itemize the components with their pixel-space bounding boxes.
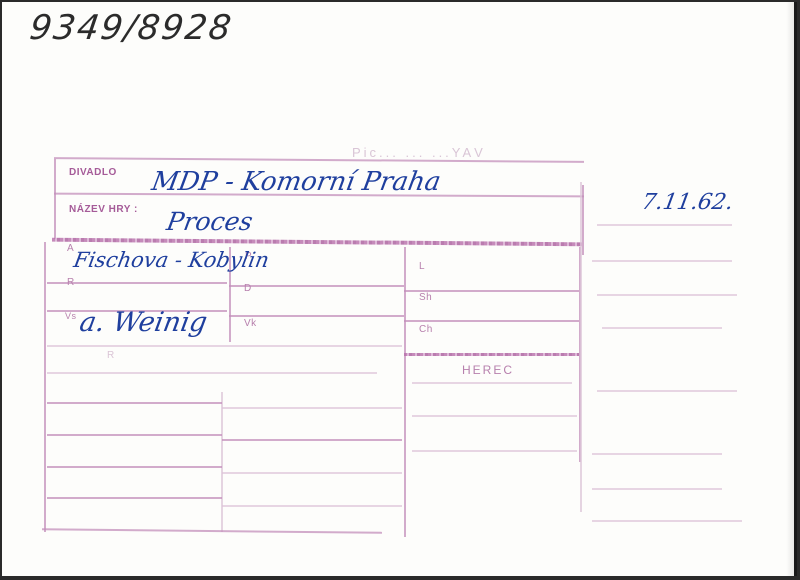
entry-date: 7.11.62. [640, 190, 735, 215]
ghost-row-5 [597, 390, 737, 392]
label-nazev-hry: NÁZEV HRY : [69, 204, 138, 215]
row-divider-title [52, 238, 582, 247]
ghost-row-7 [592, 488, 722, 490]
label-r: R [67, 277, 75, 288]
cast-row-2 [47, 434, 222, 436]
ghost-row-2 [592, 260, 732, 262]
ghost-row-8 [592, 520, 742, 522]
label-l: L [419, 261, 425, 272]
label-role: R [107, 350, 115, 361]
stamp-left-border-lower [44, 242, 46, 532]
ghost-row-4 [602, 327, 722, 329]
stamp-left-border [54, 159, 56, 239]
row-divider-d [229, 315, 404, 317]
entry-divadlo: MDP - Komorní Praha [149, 167, 443, 197]
label-d: D [244, 283, 252, 294]
cast-row-3-mid [222, 472, 402, 474]
label-ch: Ch [419, 324, 433, 335]
row-divider-sh [404, 320, 579, 322]
row-divider-vs [47, 345, 402, 347]
stamp-top-border [54, 157, 584, 162]
cast-row-2-mid [222, 439, 402, 441]
ghost-row-6 [592, 453, 722, 455]
faint-stamp-header: Ріс... ... ...ΥΑV [352, 145, 486, 160]
cast-row-4 [47, 497, 222, 499]
entry-a: Fischova - Kobylin [72, 248, 271, 272]
label-sh: Sh [419, 292, 432, 303]
cast-header-divider-left [47, 372, 377, 374]
label-herec: HEREC [462, 363, 514, 377]
label-a: A [67, 243, 74, 254]
label-vs: Vs [65, 311, 77, 321]
ghost-row-3 [597, 294, 737, 296]
label-divadlo: DIVADLO [69, 167, 117, 178]
ghost-row-1 [597, 224, 732, 226]
edge-shadow [786, 2, 794, 576]
cast-row-2-right [412, 450, 577, 452]
cast-row-1 [47, 402, 222, 404]
entry-nazev-hry: Proces [164, 207, 255, 236]
cast-row-4-mid [222, 505, 402, 507]
cast-row-1-right [412, 415, 577, 417]
stamp-right-border-top [582, 185, 584, 255]
cast-col-divider [221, 392, 223, 532]
row-divider-p [229, 285, 404, 287]
cast-row-3 [47, 466, 222, 468]
stamp-bottom-border [42, 528, 382, 533]
cast-row-1-mid [222, 407, 402, 409]
row-divider-ch [404, 353, 579, 356]
ghost-stamp-left [580, 182, 582, 512]
cast-header-divider-right [412, 382, 572, 384]
catalog-number: 9349/8928 [27, 8, 235, 48]
label-vk: Vk [244, 318, 257, 329]
entry-vs: a. Weinig [77, 307, 209, 338]
photo-back-card: 9349/8928 Ріс... ... ...ΥΑV DIVADLO NÁZE… [2, 2, 797, 576]
